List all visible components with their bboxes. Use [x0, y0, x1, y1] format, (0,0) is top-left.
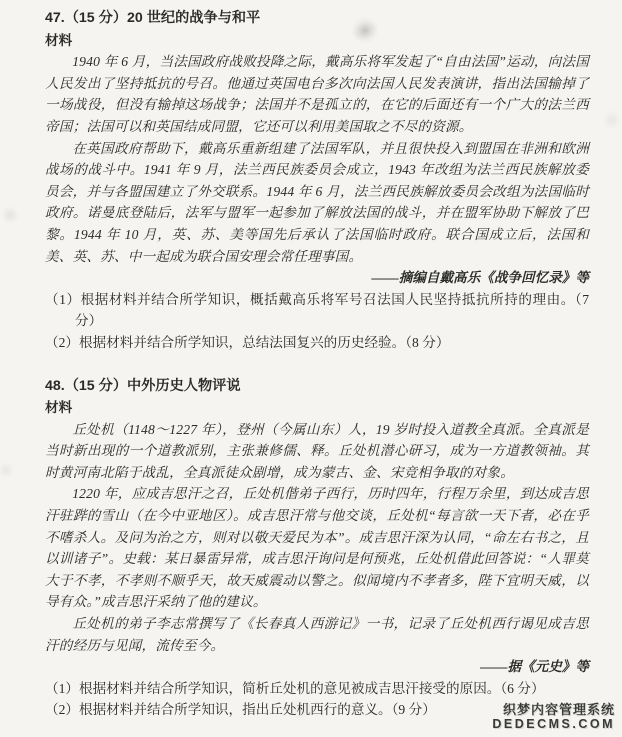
question-47-section: 47.（15 分）20 世纪的战争与和平 材料 1940 年 6 月，当法国政府… — [45, 8, 589, 354]
question-48-section: 48.（15 分）中外历史人物评说 材料 丘处机（1148～1227 年），登州… — [45, 376, 589, 722]
question-47-subquestion-1: （1）根据材料并结合所学知识，概括戴高乐将军号召法国人民坚持抵抗所持的理由。（7… — [45, 289, 589, 332]
dedecms-watermark: 织梦内容管理系统 DEDECMS.COM — [492, 702, 615, 732]
question-47-subquestion-2: （2）根据材料并结合所学知识，总结法国复兴的历史经验。（8 分） — [45, 332, 589, 354]
question-48-paragraph-1: 丘处机（1148～1227 年），登州（今属山东）人，19 岁时投入道教全真派。… — [45, 419, 589, 484]
question-48-paragraph-3: 丘处机的弟子李志常撰写了《长春真人西游记》一书，记录了丘处机西行谒见成吉思汗的经… — [45, 613, 589, 656]
question-47-heading: 47.（15 分）20 世纪的战争与和平 — [45, 8, 589, 30]
question-48-paragraph-2: 1220 年，应成吉思汗之召，丘处机偕弟子西行，历时四年，行程万余里，到达成吉思… — [45, 483, 589, 613]
watermark-domain-text: DEDECMS.COM — [492, 717, 615, 732]
question-48-heading: 48.（15 分）中外历史人物评说 — [45, 376, 589, 398]
question-47-material-label: 材料 — [45, 30, 589, 52]
watermark-chinese-text: 织梦内容管理系统 — [492, 702, 615, 717]
question-48-material-label: 材料 — [45, 397, 589, 419]
question-47-paragraph-1: 1940 年 6 月，当法国政府战败投降之际，戴高乐将军发起了“自由法国”运动，… — [45, 51, 589, 137]
question-48-attribution: ——据《元史》等 — [45, 656, 589, 678]
question-47-paragraph-2: 在英国政府帮助下，戴高乐重新组建了法国军队，并且很快投入到盟国在非洲和欧洲战场的… — [45, 138, 589, 268]
question-48-subquestion-1: （1）根据材料并结合所学知识，简析丘处机的意见被成吉思汗接受的原因。（6 分） — [45, 678, 589, 700]
question-47-attribution: ——摘编自戴高乐《战争回忆录》等 — [45, 267, 589, 289]
exam-paper-page: 47.（15 分）20 世纪的战争与和平 材料 1940 年 6 月，当法国政府… — [0, 0, 622, 737]
